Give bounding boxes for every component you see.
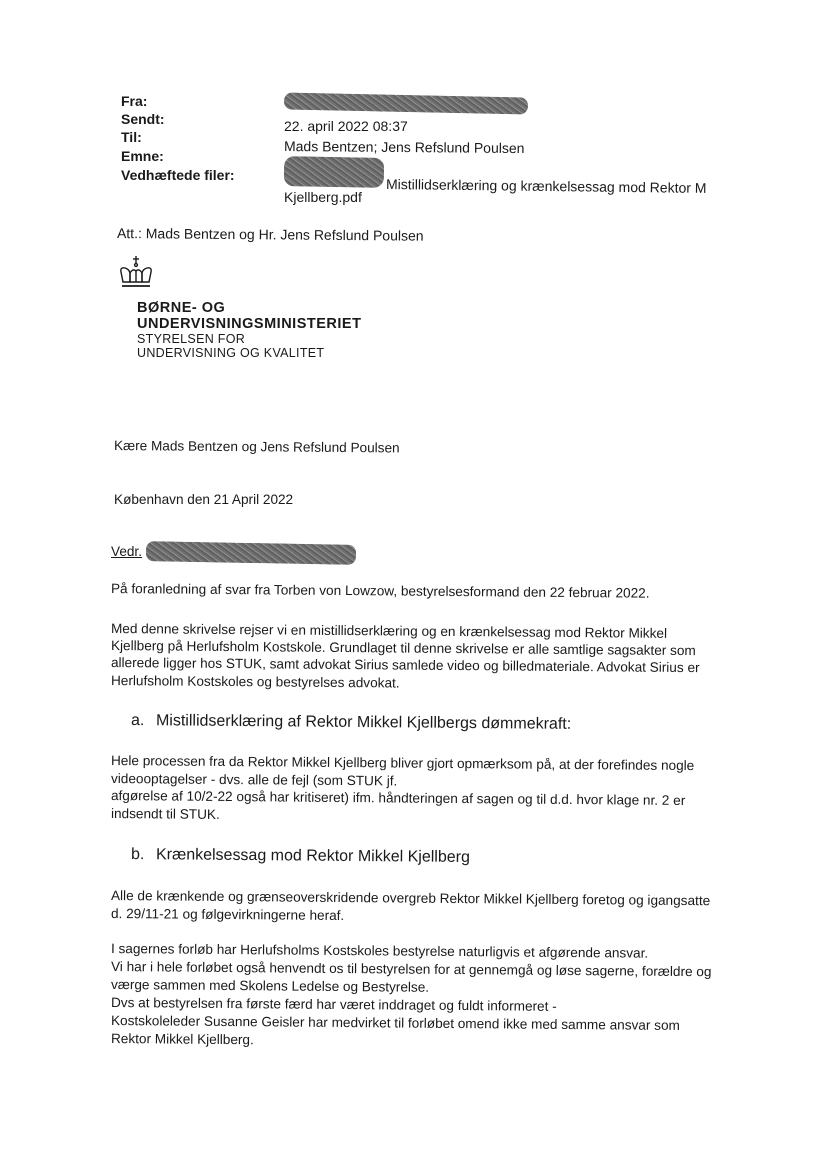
- section-a-marker: a.: [131, 712, 156, 730]
- regarding-redaction: [146, 541, 356, 565]
- subject-redaction: [284, 156, 385, 188]
- section-b-heading: b.Krænkelsessag mod Rektor Mikkel Kjellb…: [131, 846, 470, 867]
- attachments-value-cont[interactable]: Kjellberg.pdf: [284, 189, 362, 205]
- logo-line-1: BØRNE- OG: [137, 300, 225, 316]
- paragraph-line: Rektor Mikkel Kjellberg.: [111, 1030, 254, 1048]
- logo-line-2: UNDERVISNINGSMINISTERIET: [137, 316, 361, 332]
- crown-icon: [117, 255, 155, 289]
- regarding-label: Vedr.: [111, 543, 142, 560]
- subject-label: Emne:: [121, 148, 164, 164]
- place-date: København den 21 April 2022: [114, 491, 293, 508]
- section-a-heading: a.Mistillidserklæring af Rektor Mikkel K…: [131, 712, 571, 734]
- attachments-label: Vedhæftede filer:: [121, 167, 235, 183]
- sent-value: 22. april 2022 08:37: [284, 118, 408, 134]
- from-redaction: [284, 92, 528, 114]
- section-b-title: Krænkelsessag mod Rektor Mikkel Kjellber…: [156, 846, 470, 866]
- logo-line-3: STYRELSEN FOR: [137, 332, 245, 346]
- from-label: Fra:: [121, 93, 147, 109]
- section-a-title: Mistillidserklæring af Rektor Mikkel Kje…: [156, 712, 571, 733]
- attachments-value[interactable]: Mistillidserklæring og krænkelsessag mod…: [386, 176, 707, 196]
- logo-line-4: UNDERVISNING OG KVALITET: [137, 346, 324, 360]
- paragraph-line: Herlufsholm Kostskoles og bestyrelses ad…: [111, 672, 400, 692]
- salutation: Kære Mads Bentzen og Jens Refslund Pouls…: [114, 437, 400, 456]
- attention-line: Att.: Mads Bentzen og Hr. Jens Refslund …: [117, 225, 424, 244]
- sent-label: Sendt:: [121, 111, 165, 127]
- section-a-line: indsendt til STUK.: [111, 805, 220, 823]
- intro-paragraph: På foranledning af svar fra Torben von L…: [111, 580, 650, 602]
- paragraph-line: værge sammen med Skolens Ledelse og Best…: [111, 976, 429, 996]
- to-value: Mads Bentzen; Jens Refslund Poulsen: [284, 138, 525, 156]
- to-label: Til:: [121, 129, 142, 145]
- section-b-marker: b.: [131, 846, 156, 864]
- section-b-line: d. 29/11-21 og følgevirkningerne heraf.: [111, 905, 344, 924]
